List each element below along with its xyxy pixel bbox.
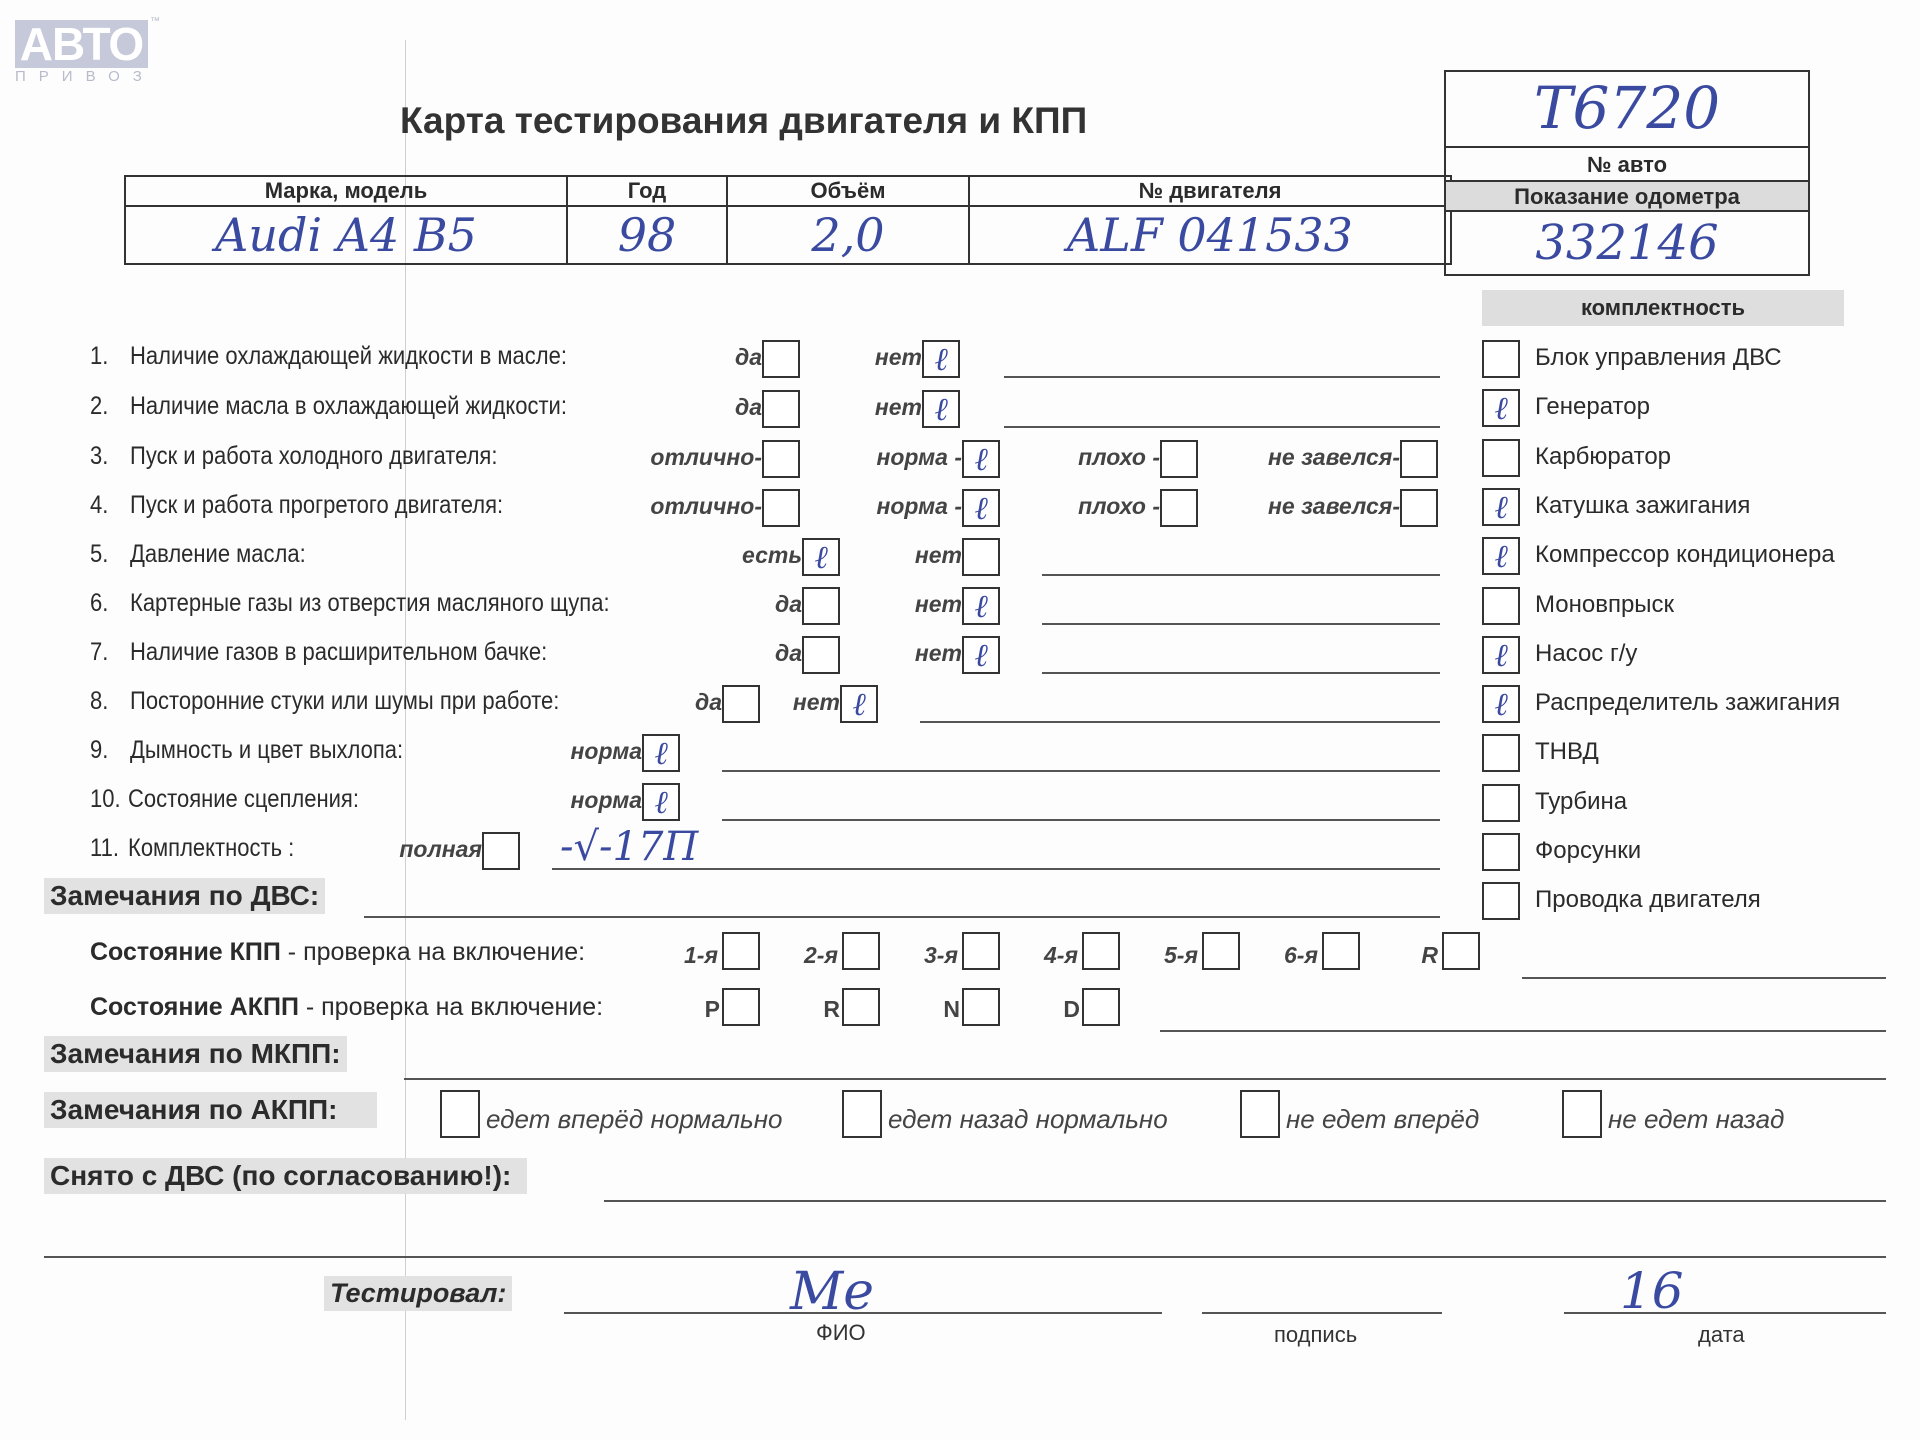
akpp-remark-checkbox[interactable] <box>842 1090 882 1138</box>
completeness-item-label: Генератор <box>1535 393 1650 421</box>
option-label: нет <box>915 542 962 569</box>
completeness-item-label: Распределитель зажигания <box>1535 689 1840 717</box>
completeness-checkbox[interactable] <box>1482 587 1520 625</box>
answer-line[interactable] <box>1042 672 1440 674</box>
checkbox-2-2[interactable]: ℓ <box>922 390 960 428</box>
signature-line[interactable] <box>1202 1312 1442 1314</box>
akpp-remark-checkbox[interactable] <box>1240 1090 1280 1138</box>
manual-gear-checkbox[interactable] <box>1202 932 1240 970</box>
option-label: плохо - <box>1078 493 1160 520</box>
manual-gear-checkbox[interactable] <box>842 932 880 970</box>
checkbox-11-1[interactable] <box>482 832 520 870</box>
manual-gearbox-line[interactable] <box>1522 977 1886 979</box>
manual-gearbox-title: Состояние КПП <box>90 938 281 966</box>
akpp-remark-checkbox[interactable] <box>440 1090 480 1138</box>
check-question: Наличие охлаждающей жидкости в масле: <box>130 342 567 371</box>
remarks-engine-label: Замечания по ДВС: <box>44 878 325 914</box>
check-mark-icon: ℓ <box>964 491 998 525</box>
year-value[interactable]: 98 <box>567 206 727 264</box>
checkbox-3-4[interactable] <box>1400 440 1438 478</box>
check-question: Картерные газы из отверстия масляного щу… <box>130 589 610 618</box>
col-header-volume: Объём <box>727 176 969 206</box>
manual-gear-checkbox[interactable] <box>962 932 1000 970</box>
auto-gear-label: P <box>705 996 720 1023</box>
manual-gearbox-label: Состояние КПП - проверка на включение: <box>90 938 585 967</box>
completeness-item-label: Катушка зажигания <box>1535 492 1750 520</box>
option-label: нет <box>915 640 962 667</box>
checkbox-6-2[interactable]: ℓ <box>962 587 1000 625</box>
auto-gearbox-title: Состояние АКПП <box>90 993 299 1021</box>
vehicle-info-table: Марка, модель Год Объём № двигателя Audi… <box>124 175 1452 265</box>
check-mark-icon: ℓ <box>964 442 998 476</box>
checkbox-1-1[interactable] <box>762 340 800 378</box>
completeness-checkbox[interactable]: ℓ <box>1482 636 1520 674</box>
manual-gear-checkbox[interactable] <box>1442 932 1480 970</box>
option-label: есть <box>742 542 802 569</box>
odometer-value[interactable]: 332146 <box>1446 212 1808 274</box>
check-question: Комплектность : <box>128 834 294 863</box>
gear-label: 1-я <box>684 942 718 969</box>
check-number: 9. <box>90 736 108 765</box>
akpp-remark-option-label: едет вперёд нормально <box>486 1104 782 1135</box>
auto-gear-checkbox[interactable] <box>722 988 760 1026</box>
volume-value[interactable]: 2,0 <box>727 206 969 264</box>
remarks-manual-label: Замечания по МКПП: <box>44 1036 347 1072</box>
check-mark-icon: ℓ <box>924 342 958 376</box>
tester-name-line[interactable] <box>564 1312 1162 1314</box>
completeness-item-label: Блок управления ДВС <box>1535 344 1782 372</box>
checkbox-2-1[interactable] <box>762 390 800 428</box>
checkbox-7-2[interactable]: ℓ <box>962 636 1000 674</box>
odometer-label: Показание одометра <box>1446 180 1808 212</box>
engine-number-value[interactable]: ALF 041533 <box>969 206 1451 264</box>
completeness-item-label: Проводка двигателя <box>1535 886 1761 914</box>
checkbox-7-1[interactable] <box>802 636 840 674</box>
answer-line[interactable] <box>1042 623 1440 625</box>
completeness-item-label: Моновпрыск <box>1535 591 1674 619</box>
check-mark-icon: ℓ <box>644 785 678 819</box>
check-question: Пуск и работа прогретого двигателя: <box>130 491 503 520</box>
option-label: норма <box>571 787 643 814</box>
checkbox-10-1[interactable]: ℓ <box>642 783 680 821</box>
akpp-remark-option-label: не едет назад <box>1608 1104 1784 1135</box>
checkbox-4-3[interactable] <box>1160 489 1198 527</box>
completeness-item-label: Насос г/у <box>1535 640 1637 668</box>
check-mark-icon: ℓ <box>1484 490 1518 524</box>
date-line[interactable] <box>1564 1312 1886 1314</box>
check-number: 11. <box>90 834 119 863</box>
checkbox-4-1[interactable] <box>762 489 800 527</box>
auto-gear-label: D <box>1063 996 1080 1023</box>
option-label: отлично- <box>650 493 762 520</box>
answer-line[interactable] <box>1004 426 1440 428</box>
completeness-item-label: Турбина <box>1535 788 1627 816</box>
auto-gear-checkbox[interactable] <box>1082 988 1120 1026</box>
option-label: полная <box>399 836 482 863</box>
completeness-checkbox[interactable] <box>1482 833 1520 871</box>
remarks-engine-line[interactable] <box>364 916 1440 918</box>
manual-gear-checkbox[interactable] <box>1082 932 1120 970</box>
col-header-year: Год <box>567 176 727 206</box>
option-label: да <box>775 591 802 618</box>
checkbox-3-2[interactable]: ℓ <box>962 440 1000 478</box>
gear-label: 2-я <box>804 942 838 969</box>
answer-line[interactable] <box>722 819 1440 821</box>
akpp-remark-checkbox[interactable] <box>1562 1090 1602 1138</box>
check-number: 2. <box>90 392 108 421</box>
option-label: нет <box>915 591 962 618</box>
gear-label: 6-я <box>1284 942 1318 969</box>
completeness-checkbox[interactable]: ℓ <box>1482 488 1520 526</box>
signature-caption: подпись <box>1274 1322 1357 1348</box>
auto-gearbox-line[interactable] <box>1160 1030 1886 1032</box>
check-number: 7. <box>90 638 108 667</box>
check-mark-icon: ℓ <box>924 392 958 426</box>
check-number: 8. <box>90 687 108 716</box>
check-mark-icon: ℓ <box>964 589 998 623</box>
auto-gear-checkbox[interactable] <box>842 988 880 1026</box>
completeness-checkbox[interactable] <box>1482 784 1520 822</box>
auto-gear-checkbox[interactable] <box>962 988 1000 1026</box>
check-mark-icon: ℓ <box>644 736 678 770</box>
check-number: 6. <box>90 589 108 618</box>
option-label: да <box>695 689 722 716</box>
completeness-item-label: Карбюратор <box>1535 443 1671 471</box>
checkbox-8-1[interactable] <box>722 685 760 723</box>
remarks-manual-line[interactable] <box>404 1078 1886 1080</box>
akpp-remark-option-label: едет назад нормально <box>888 1104 1168 1135</box>
removed-line-2[interactable] <box>44 1256 1886 1258</box>
check-mark-icon: ℓ <box>1484 638 1518 672</box>
check-mark-icon: ℓ <box>1484 539 1518 573</box>
option-label: да <box>775 640 802 667</box>
completeness-checkbox[interactable] <box>1482 882 1520 920</box>
checkbox-9-1[interactable]: ℓ <box>642 734 680 772</box>
date-caption: дата <box>1698 1322 1745 1348</box>
auto-gear-label: R <box>823 996 840 1023</box>
check-mark-icon: ℓ <box>1484 391 1518 425</box>
option-label: отлично- <box>650 444 762 471</box>
check-question: Дымность и цвет выхлопа: <box>130 736 403 765</box>
completeness-item-label: Компрессор кондиционера <box>1535 541 1835 569</box>
check-question: Посторонние стуки или шумы при работе: <box>130 687 559 716</box>
check-question: Пуск и работа холодного двигателя: <box>130 442 497 471</box>
removed-label: Снято с ДВС (по согласованию!): <box>44 1158 527 1194</box>
completeness-checkbox[interactable]: ℓ <box>1482 537 1520 575</box>
gear-label: 4-я <box>1044 942 1078 969</box>
check-mark-icon: ℓ <box>842 687 876 721</box>
option-label: не завелся- <box>1268 444 1400 471</box>
checkbox-3-1[interactable] <box>762 440 800 478</box>
manual-gear-checkbox[interactable] <box>722 932 760 970</box>
option-label: нет <box>875 344 922 371</box>
logo: АВТО <box>15 20 148 68</box>
checkbox-6-1[interactable] <box>802 587 840 625</box>
tested-label: Тестировал: <box>324 1276 512 1311</box>
option-label: норма - <box>876 444 962 471</box>
checkbox-4-2[interactable]: ℓ <box>962 489 1000 527</box>
option-label: нет <box>793 689 840 716</box>
check-number: 5. <box>90 540 108 569</box>
logo-subtitle: ПРИВОЗ <box>15 68 155 85</box>
completeness-checkbox[interactable]: ℓ <box>1482 685 1520 723</box>
gear-label: R <box>1421 942 1438 969</box>
completeness-item-label: Форсунки <box>1535 837 1641 865</box>
check-mark-icon: ℓ <box>1484 687 1518 721</box>
completeness-checkbox[interactable] <box>1482 734 1520 772</box>
completeness-checkbox[interactable]: ℓ <box>1482 389 1520 427</box>
col-header-engine-number: № двигателя <box>969 176 1451 206</box>
option-label: норма - <box>876 493 962 520</box>
option-label: да <box>735 394 762 421</box>
removed-line[interactable] <box>604 1200 1886 1202</box>
check-number: 3. <box>90 442 108 471</box>
check-mark-icon: ℓ <box>804 540 838 574</box>
option-label: да <box>735 344 762 371</box>
remarks-auto-label: Замечания по АКПП: <box>44 1092 377 1128</box>
check-question: Наличие масла в охлаждающей жидкости: <box>130 392 567 421</box>
option-label: нет <box>875 394 922 421</box>
manual-gear-checkbox[interactable] <box>1322 932 1360 970</box>
auto-number-label: № авто <box>1446 146 1808 180</box>
akpp-remark-option-label: не едет вперёд <box>1286 1104 1479 1135</box>
checkbox-1-2[interactable]: ℓ <box>922 340 960 378</box>
option-label: норма <box>571 738 643 765</box>
option-label: плохо - <box>1078 444 1160 471</box>
check-mark-icon: ℓ <box>964 638 998 672</box>
checkbox-3-3[interactable] <box>1160 440 1198 478</box>
auto-gear-label: N <box>943 996 960 1023</box>
option-label: не завелся- <box>1268 493 1400 520</box>
auto-gearbox-label: Состояние АКПП - проверка на включение: <box>90 993 603 1022</box>
checkbox-4-4[interactable] <box>1400 489 1438 527</box>
check-question: Наличие газов в расширительном бачке: <box>130 638 547 667</box>
checkbox-5-2[interactable] <box>962 538 1000 576</box>
make-model-value[interactable]: Audi A4 B5 <box>125 206 567 264</box>
check-question: Состояние сцепления: <box>128 785 359 814</box>
checkbox-8-2[interactable]: ℓ <box>840 685 878 723</box>
completeness-checkbox[interactable] <box>1482 439 1520 477</box>
answer-line[interactable] <box>920 721 1440 723</box>
answer-line[interactable] <box>722 770 1440 772</box>
answer-line[interactable] <box>1004 376 1440 378</box>
trademark: ™ <box>150 16 160 27</box>
col-header-make: Марка, модель <box>125 176 567 206</box>
check-number: 10. <box>90 785 121 814</box>
name-caption: ФИО <box>816 1320 866 1346</box>
check-question: Давление масла: <box>130 540 306 569</box>
page-title: Карта тестирования двигателя и КПП <box>400 100 1087 142</box>
auto-number-value[interactable]: T6720 <box>1446 72 1808 144</box>
completeness-item-label: ТНВД <box>1535 738 1599 766</box>
gear-label: 5-я <box>1164 942 1198 969</box>
completeness-note: -√-17П <box>560 824 698 870</box>
manual-gearbox-desc: - проверка на включение: <box>281 938 585 966</box>
checkbox-5-1[interactable]: ℓ <box>802 538 840 576</box>
gear-label: 3-я <box>924 942 958 969</box>
completeness-header: комплектность <box>1482 290 1844 326</box>
check-number: 1. <box>90 342 108 371</box>
answer-line[interactable] <box>1042 574 1440 576</box>
check-number: 4. <box>90 491 108 520</box>
auto-gearbox-desc: - проверка на включение: <box>299 993 603 1021</box>
completeness-checkbox[interactable] <box>1482 340 1520 378</box>
